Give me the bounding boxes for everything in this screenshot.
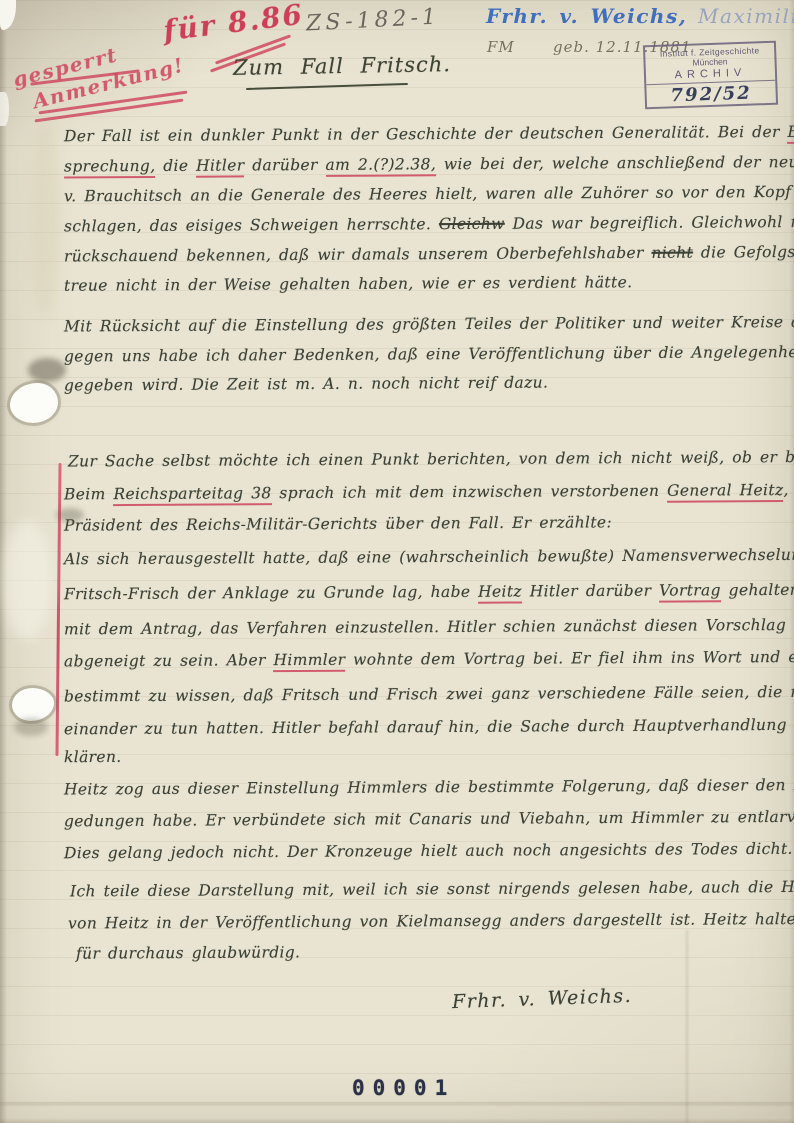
handwriting-text: mit dem Antrag, das Verfahren einzustell… [64,616,794,639]
handwriting-line: rückschauend bekennen, daß wir damals un… [64,243,794,266]
archive-stamp: Institut f. Zeitgeschichte München ARCHI… [643,41,778,110]
handwriting-text: , damals [783,481,794,499]
handwriting-text: darüber [244,156,325,174]
red-underlined-text: Himmler [273,651,345,672]
handwriting-text: wohnte dem Vortrag bei. Er fiel ihm ins … [345,648,794,669]
person-name-annotation: Frhr. v. Weichs, Maximilian [486,4,794,28]
paper-crease [0,1103,794,1105]
person-firstname: Maximilian [687,4,794,28]
handwriting-line: Beim Reichsparteitag 38 sprach ich mit d… [64,481,794,504]
handwriting-text: gedungen habe. Er verbündete sich mit Ca… [64,808,794,831]
red-margin-line [55,463,61,756]
handwriting-text: Hitler darüber [522,582,659,601]
handwriting-text: v. Brauchitsch an die Generale des Heere… [64,183,794,206]
handwriting-text: Heitz zog aus dieser Einstellung Himmler… [64,775,794,798]
handwriting-text: klären. [64,748,122,766]
paper-chip [0,0,16,30]
handwriting-text: abgeneigt zu sein. Aber [64,651,274,670]
handwriting-text: für durchaus glaubwürdig. [76,943,300,962]
handwriting-text: die Gefolgschafts- [693,243,794,262]
red-underlined-text: Be- [787,123,794,144]
handwriting-line: klären. [64,748,122,766]
paper-stain [30,120,60,320]
struck-text: nicht [651,244,693,262]
stamp-shelfmark: 792/52 [646,80,776,107]
handwriting-text: Fritsch-Frisch der Anklage zu Grunde lag… [64,583,478,604]
handwriting-line: mit dem Antrag, das Verfahren einzustell… [64,616,794,639]
red-underlined-text: Vortrag [659,581,721,602]
handwriting-line: Fritsch-Frisch der Anklage zu Grunde lag… [64,581,794,603]
paper-smudge [14,718,48,736]
handwriting-line: abgeneigt zu sein. Aber Himmler wohnte d… [64,648,794,671]
handwriting-text: Als sich herausgestellt hatte, daß eine … [64,546,794,569]
handwriting-line: schlagen, das eisiges Schweigen herrscht… [64,213,794,236]
handwriting-text: Das war begreiflich. Gleichwohl muß ich [505,213,794,233]
handwriting-text: Beim [64,485,114,503]
handwriting-text: einander zu tun hatten. Hitler befahl da… [64,716,794,739]
body-text: Der Fall ist ein dunkler Punkt in der Ge… [64,118,790,988]
paper-hole [12,688,54,721]
handwriting-line: bestimmt zu wissen, daß Fritsch und Fris… [64,683,794,706]
red-underlined-text: Heitz [478,582,522,603]
handwriting-text: wie bei der, welche anschließend der neu… [436,152,794,173]
handwriting-text: Ich teile diese Darstellung mit, weil ic… [70,878,794,901]
red-underlined-text: Hitler [196,156,244,177]
red-underlined-text: am 2.(?)2.38, [325,155,436,177]
handwriting-text: rückschauend bekennen, daß wir damals un… [64,244,652,266]
paper-chip [0,92,9,126]
handwriting-line: gegeben wird. Die Zeit ist m. A. n. noch… [64,374,548,395]
handwriting-line: Als sich herausgestellt hatte, daß eine … [64,546,794,569]
handwriting-text: Präsident des Reichs-Militär-Gerichts üb… [64,513,612,534]
handwriting-line: Zur Sache selbst möchte ich einen Punkt … [68,448,794,471]
handwriting-line: Präsident des Reichs-Militär-Gerichts üb… [64,513,612,534]
handwriting-text: bestimmt zu wissen, daß Fritsch und Fris… [64,683,794,706]
paper-stain [2,520,52,640]
handwriting-text: gegeben wird. Die Zeit ist m. A. n. noch… [64,374,548,395]
red-underlined-text: sprechung, [64,157,156,179]
handwriting-line: Mit Rücksicht auf die Einstellung des gr… [64,313,794,336]
handwriting-text: Der Fall ist ein dunkler Punkt in der Ge… [64,123,788,145]
handwriting-line: Heitz zog aus dieser Einstellung Himmler… [64,775,794,798]
handwriting-line: für durchaus glaubwürdig. [76,943,300,962]
handwriting-line: gedungen habe. Er verbündete sich mit Ca… [64,808,794,831]
handwriting-line: Ich teile diese Darstellung mit, weil ic… [70,878,794,901]
handwriting-line: sprechung, die Hitler darüber am 2.(?)2.… [64,152,794,175]
handwriting-line: einander zu tun hatten. Hitler befahl da… [64,716,794,739]
handwriting-text: schlagen, das eisiges Schweigen herrscht… [64,215,439,235]
paper-hole [10,383,58,423]
handwriting-line: v. Brauchitsch an die Generale des Heere… [64,183,794,206]
red-underlined-text: General Heitz [667,481,783,503]
signature: Frhr. v. Weichs. [452,985,633,1013]
handwriting-text: gehalten [721,581,794,599]
ink-smudge [56,508,84,522]
struck-text: Gleichw [439,215,505,233]
handwriting-text: Mit Rücksicht auf die Einstellung des gr… [64,313,794,336]
handwriting-text: gegen uns habe ich daher Bedenken, daß e… [64,343,794,366]
handwriting-text: treue nicht in der Weise gehalten haben,… [64,273,632,294]
page-number-stamp: 00001 [352,1076,455,1100]
handwriting-line: gegen uns habe ich daher Bedenken, daß e… [64,343,794,366]
handwriting-line: treue nicht in der Weise gehalten haben,… [64,273,632,294]
handwriting-text: Dies gelang jedoch nicht. Der Kronzeuge … [64,840,793,862]
paper-smudge [28,358,66,382]
title-underline [246,83,408,90]
handwriting-text: die [155,157,196,175]
archive-reference: ZS-182-1 [305,5,440,37]
red-underlined-text: Reichsparteitag 38 [113,484,271,506]
paper-crease [686,930,688,1123]
handwriting-line: Der Fall ist ein dunkler Punkt in der Ge… [64,123,794,146]
rank-annotation: FM [487,38,515,56]
handwriting-text: Zur Sache selbst möchte ich einen Punkt … [68,448,794,471]
handwriting-line: Dies gelang jedoch nicht. Der Kronzeuge … [64,840,793,862]
document-title: Zum Fall Fritsch. [233,52,451,80]
person-surname: Frhr. v. Weichs, [486,4,687,28]
handwriting-text: sprach ich mit dem inzwischen verstorben… [272,482,668,502]
red-pencil-reference: für 8.86 [162,0,306,47]
scanned-document-page: gesperrt Anmerkung! für 8.86 ZS-182-1 Fr… [0,0,794,1123]
